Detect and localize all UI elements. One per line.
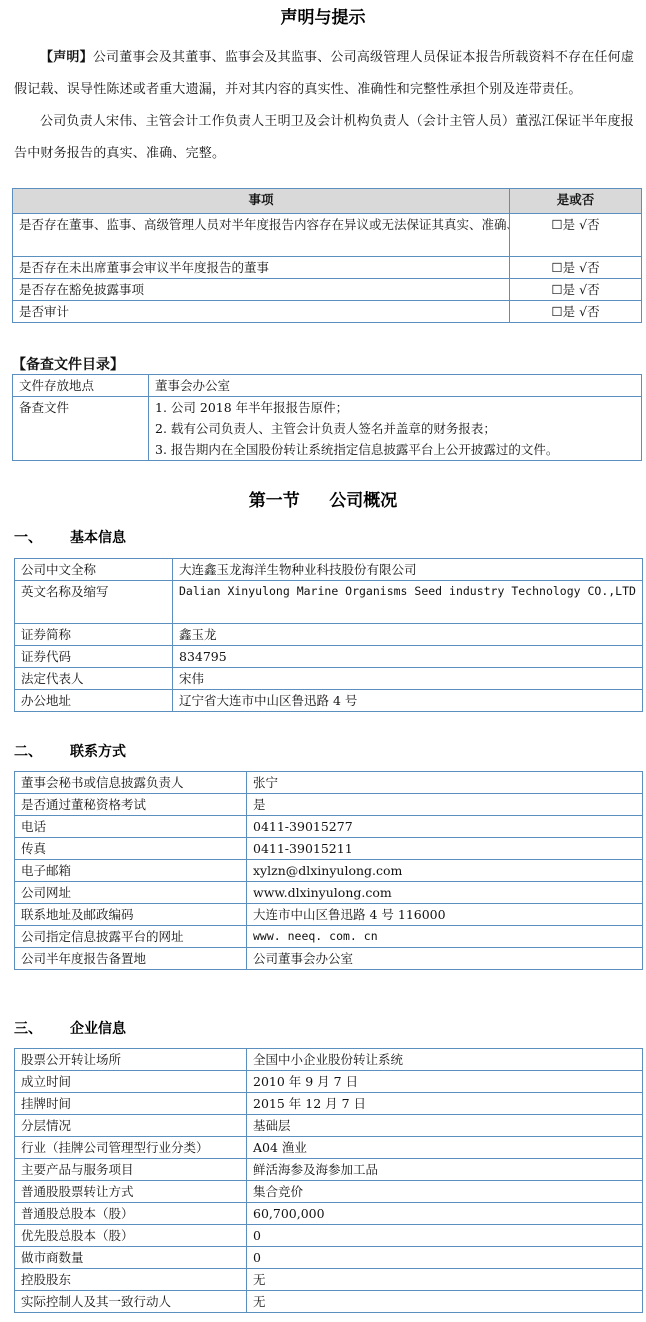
section-title: 第一节 公司概况 — [0, 486, 646, 511]
basic-info-label: 证券简称 — [15, 624, 173, 646]
enterprise-table: 股票公开转让场所全国中小企业股份转让系统 成立时间2010 年 9 月 7 日 … — [14, 1048, 643, 1313]
enterprise-label: 挂牌时间 — [15, 1093, 247, 1115]
basic-info-row: 公司中文全称 大连鑫玉龙海洋生物种业科技股份有限公司 — [15, 559, 643, 581]
contact-value: 0411-39015277 — [247, 816, 643, 838]
checklist-item: 是否存在豁免披露事项 — [13, 279, 510, 301]
basic-info-label: 公司中文全称 — [15, 559, 173, 581]
archive-label: 备查文件 — [13, 397, 149, 461]
contact-label: 董事会秘书或信息披露负责人 — [15, 772, 247, 794]
contact-table: 董事会秘书或信息披露负责人张宁 是否通过董秘资格考试是 电话0411-39015… — [14, 771, 643, 970]
contact-label: 是否通过董秘资格考试 — [15, 794, 247, 816]
checklist-header-answer: 是或否 — [510, 189, 642, 214]
contact-label: 电话 — [15, 816, 247, 838]
website-link[interactable]: www.dlxinyulong.com — [247, 882, 643, 904]
enterprise-value: 60,700,000 — [247, 1203, 643, 1225]
basic-info-value: 834795 — [173, 646, 643, 668]
statement-tag: 【声明】 — [40, 50, 93, 65]
enterprise-value: 集合竞价 — [247, 1181, 643, 1203]
enterprise-row: 普通股股票转让方式集合竞价 — [15, 1181, 643, 1203]
contact-row: 公司半年度报告备置地公司董事会办公室 — [15, 948, 643, 970]
contact-label: 公司指定信息披露平台的网址 — [15, 926, 247, 948]
contact-row: 电话0411-39015277 — [15, 816, 643, 838]
checklist-item: 是否存在董事、监事、高级管理人员对半年度报告内容存在异议或无法保证其真实、准确、… — [13, 214, 510, 257]
enterprise-label: 优先股总股本（股） — [15, 1225, 247, 1247]
archive-file-item: 3. 报告期内在全国股份转让系统指定信息披露平台上公开披露过的文件。 — [155, 439, 635, 460]
archive-row: 文件存放地点 董事会办公室 — [13, 375, 642, 397]
archive-label: 文件存放地点 — [13, 375, 149, 397]
statement-paragraph: 【声明】公司董事会及其董事、监事会及其监事、公司高级管理人员保证本报告所载资料不… — [14, 42, 638, 106]
checklist-row: 是否审计 ☐是 √否 — [13, 301, 642, 323]
enterprise-label: 分层情况 — [15, 1115, 247, 1137]
enterprise-row: 分层情况基础层 — [15, 1115, 643, 1137]
enterprise-value: 鲜活海参及海参加工品 — [247, 1159, 643, 1181]
checklist-row: 是否存在豁免披露事项 ☐是 √否 — [13, 279, 642, 301]
enterprise-value: 2015 年 12 月 7 日 — [247, 1093, 643, 1115]
enterprise-row: 普通股总股本（股）60,700,000 — [15, 1203, 643, 1225]
responsible-paragraph: 公司负责人宋伟、主管会计工作负责人王明卫及会计机构负责人（会计主管人员）董泓江保… — [14, 106, 638, 170]
enterprise-num: 三、 — [14, 1018, 70, 1038]
enterprise-value: A04 渔业 — [247, 1137, 643, 1159]
declaration-title: 声明与提示 — [0, 3, 646, 28]
basic-info-label: 办公地址 — [15, 690, 173, 712]
contact-value: 张宁 — [247, 772, 643, 794]
archive-files: 1. 公司 2018 年半年报报告原件； 2. 载有公司负责人、主管会计负责人签… — [149, 397, 642, 461]
contact-label: 传真 — [15, 838, 247, 860]
enterprise-row: 实际控制人及其一致行动人无 — [15, 1291, 643, 1313]
checklist-header-item: 事项 — [13, 189, 510, 214]
contact-title: 联系方式 — [70, 744, 126, 760]
enterprise-value: 0 — [247, 1225, 643, 1247]
enterprise-label: 行业（挂牌公司管理型行业分类） — [15, 1137, 247, 1159]
contact-row: 传真0411-39015211 — [15, 838, 643, 860]
enterprise-label: 普通股股票转让方式 — [15, 1181, 247, 1203]
contact-value: 是 — [247, 794, 643, 816]
enterprise-row: 成立时间2010 年 9 月 7 日 — [15, 1071, 643, 1093]
contact-label: 联系地址及邮政编码 — [15, 904, 247, 926]
contact-row: 电子邮箱xylzn@dlxinyulong.com — [15, 860, 643, 882]
checklist-row: 是否存在董事、监事、高级管理人员对半年度报告内容存在异议或无法保证其真实、准确、… — [13, 214, 642, 257]
disclosure-platform-link[interactable]: www. neeq. com. cn — [247, 926, 643, 948]
contact-num: 二、 — [14, 741, 70, 761]
enterprise-row: 主要产品与服务项目鲜活海参及海参加工品 — [15, 1159, 643, 1181]
basic-info-row: 证券代码 834795 — [15, 646, 643, 668]
enterprise-value: 2010 年 9 月 7 日 — [247, 1071, 643, 1093]
statement-text: 公司董事会及其董事、监事会及其监事、公司高级管理人员保证本报告所载资料不存在任何… — [14, 50, 634, 97]
enterprise-row: 优先股总股本（股）0 — [15, 1225, 643, 1247]
archive-value: 董事会办公室 — [149, 375, 642, 397]
contact-row: 公司指定信息披露平台的网址www. neeq. com. cn — [15, 926, 643, 948]
basic-info-num: 一、 — [14, 527, 70, 547]
enterprise-value: 全国中小企业股份转让系统 — [247, 1049, 643, 1071]
basic-info-title: 基本信息 — [70, 530, 126, 546]
enterprise-heading: 三、企业信息 — [14, 1018, 126, 1038]
archive-table: 文件存放地点 董事会办公室 备查文件 1. 公司 2018 年半年报报告原件； … — [12, 374, 642, 461]
basic-info-row: 英文名称及缩写 Dalian Xinyulong Marine Organism… — [15, 581, 643, 624]
contact-heading: 二、联系方式 — [14, 741, 126, 761]
enterprise-label: 股票公开转让场所 — [15, 1049, 247, 1071]
enterprise-title: 企业信息 — [70, 1021, 126, 1037]
checklist-answer: ☐是 √否 — [510, 301, 642, 323]
basic-info-value: 辽宁省大连市中山区鲁迅路 4 号 — [173, 690, 643, 712]
archive-title: 【备查文件目录】 — [12, 354, 124, 374]
enterprise-label: 主要产品与服务项目 — [15, 1159, 247, 1181]
enterprise-label: 成立时间 — [15, 1071, 247, 1093]
basic-info-value: Dalian Xinyulong Marine Organisms Seed i… — [173, 581, 643, 624]
contact-label: 公司网址 — [15, 882, 247, 904]
basic-info-value: 大连鑫玉龙海洋生物种业科技股份有限公司 — [173, 559, 643, 581]
enterprise-row: 挂牌时间2015 年 12 月 7 日 — [15, 1093, 643, 1115]
archive-file-item: 2. 载有公司负责人、主管会计负责人签名并盖章的财务报表； — [155, 418, 635, 439]
archive-file-item: 1. 公司 2018 年半年报报告原件； — [155, 397, 635, 418]
enterprise-label: 控股股东 — [15, 1269, 247, 1291]
enterprise-row: 行业（挂牌公司管理型行业分类）A04 渔业 — [15, 1137, 643, 1159]
contact-row: 董事会秘书或信息披露负责人张宁 — [15, 772, 643, 794]
contact-row: 公司网址www.dlxinyulong.com — [15, 882, 643, 904]
contact-value: 公司董事会办公室 — [247, 948, 643, 970]
checklist-row: 是否存在未出席董事会审议半年度报告的董事 ☐是 √否 — [13, 257, 642, 279]
enterprise-label: 普通股总股本（股） — [15, 1203, 247, 1225]
basic-info-value: 宋伟 — [173, 668, 643, 690]
basic-info-row: 办公地址 辽宁省大连市中山区鲁迅路 4 号 — [15, 690, 643, 712]
enterprise-label: 实际控制人及其一致行动人 — [15, 1291, 247, 1313]
checklist-table: 事项 是或否 是否存在董事、监事、高级管理人员对半年度报告内容存在异议或无法保证… — [12, 188, 642, 323]
enterprise-value: 基础层 — [247, 1115, 643, 1137]
email-link[interactable]: xylzn@dlxinyulong.com — [247, 860, 643, 882]
checklist-answer: ☐是 √否 — [510, 214, 642, 257]
checklist-answer: ☐是 √否 — [510, 279, 642, 301]
enterprise-value: 0 — [247, 1247, 643, 1269]
enterprise-row: 控股股东无 — [15, 1269, 643, 1291]
enterprise-label: 做市商数量 — [15, 1247, 247, 1269]
basic-info-label: 证券代码 — [15, 646, 173, 668]
enterprise-row: 做市商数量0 — [15, 1247, 643, 1269]
basic-info-label: 英文名称及缩写 — [15, 581, 173, 624]
basic-info-heading: 一、基本信息 — [14, 527, 126, 547]
contact-value: 0411-39015211 — [247, 838, 643, 860]
checklist-item: 是否存在未出席董事会审议半年度报告的董事 — [13, 257, 510, 279]
enterprise-row: 股票公开转让场所全国中小企业股份转让系统 — [15, 1049, 643, 1071]
contact-value: 大连市中山区鲁迅路 4 号 116000 — [247, 904, 643, 926]
basic-info-table: 公司中文全称 大连鑫玉龙海洋生物种业科技股份有限公司 英文名称及缩写 Dalia… — [14, 558, 643, 712]
basic-info-value: 鑫玉龙 — [173, 624, 643, 646]
contact-row: 是否通过董秘资格考试是 — [15, 794, 643, 816]
contact-label: 电子邮箱 — [15, 860, 247, 882]
basic-info-label: 法定代表人 — [15, 668, 173, 690]
basic-info-row: 证券简称 鑫玉龙 — [15, 624, 643, 646]
checklist-item: 是否审计 — [13, 301, 510, 323]
contact-row: 联系地址及邮政编码大连市中山区鲁迅路 4 号 116000 — [15, 904, 643, 926]
checklist-answer: ☐是 √否 — [510, 257, 642, 279]
enterprise-value: 无 — [247, 1291, 643, 1313]
enterprise-value: 无 — [247, 1269, 643, 1291]
checklist-header-row: 事项 是或否 — [13, 189, 642, 214]
archive-row: 备查文件 1. 公司 2018 年半年报报告原件； 2. 载有公司负责人、主管会… — [13, 397, 642, 461]
basic-info-row: 法定代表人 宋伟 — [15, 668, 643, 690]
contact-label: 公司半年度报告备置地 — [15, 948, 247, 970]
